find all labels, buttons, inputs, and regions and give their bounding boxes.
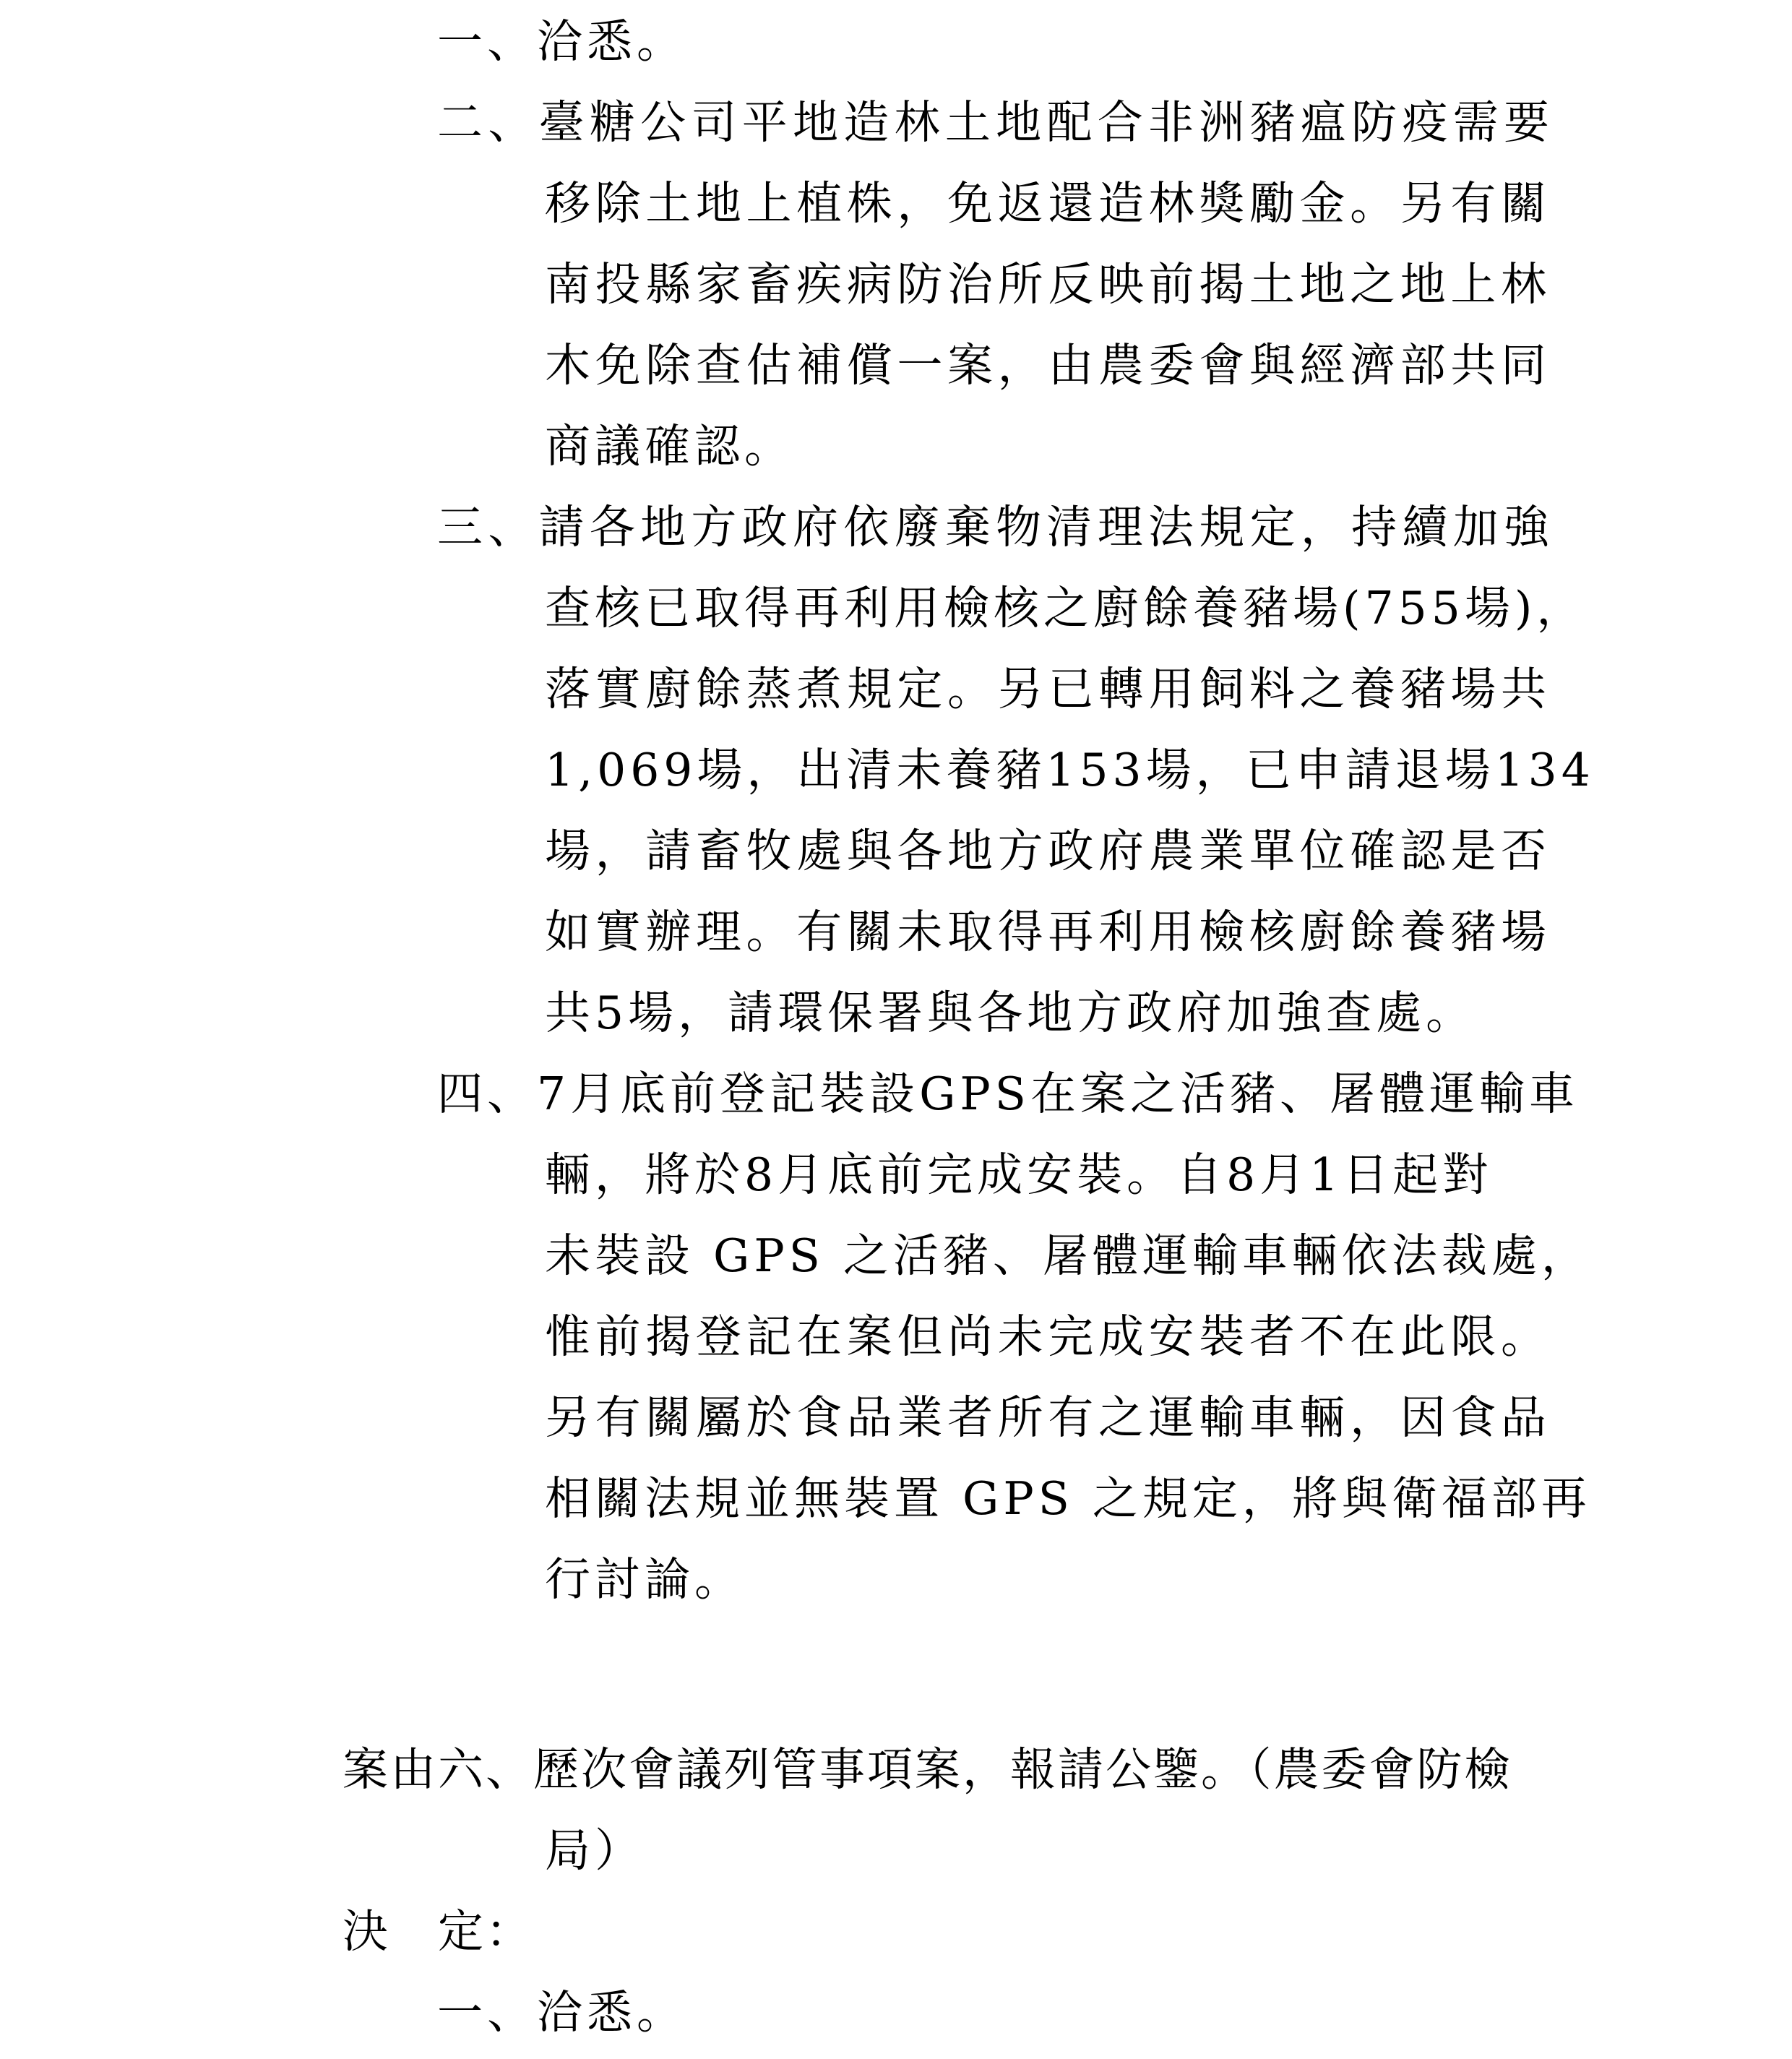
text-line: 一、洽悉。 xyxy=(437,1,1792,82)
text-line: 二、臺糖公司平地造林土地配合非洲豬瘟防疫需要 xyxy=(437,82,1554,163)
text-line: 四、7月底前登記裝設GPS在案之活豬、屠體運輸車 xyxy=(437,1054,1792,1135)
text-line: 行討論。 xyxy=(545,1539,1792,1620)
text-line: 惟前揭登記在案但尚未完成安裝者不在此限。 xyxy=(545,1297,1551,1377)
document-page: 一、洽悉。二、臺糖公司平地造林土地配合非洲豬瘟防疫需要移除土地上植株，免返還造林… xyxy=(0,0,1792,2059)
text-line: 如實辦理。有關未取得再利用檢核廚餘養豬場 xyxy=(545,892,1551,973)
text-line: 1,069場，出清未養豬153場，已申請退場134 xyxy=(545,730,1792,811)
document-content: 一、洽悉。二、臺糖公司平地造林土地配合非洲豬瘟防疫需要移除土地上植株，免返還造林… xyxy=(0,1,1792,2053)
text-line: 移除土地上植株，免返還造林獎勵金。另有關 xyxy=(545,163,1551,244)
text-line: 決 定： xyxy=(343,1891,1792,1972)
text-line: 落實廚餘蒸煮規定。另已轉用飼料之養豬場共 xyxy=(545,649,1551,730)
text-line: 商議確認。 xyxy=(545,406,1792,487)
text-line: 南投縣家畜疾病防治所反映前揭土地之地上林 xyxy=(545,244,1551,325)
text-line: 未裝設 GPS 之活豬、屠體運輸車輛依法裁處， xyxy=(545,1216,1792,1297)
text-line: 案由六、歷次會議列管事項案，報請公鑒。（農委會防檢 xyxy=(343,1729,1792,1810)
text-line: 場，請畜牧處與各地方政府農業單位確認是否 xyxy=(545,811,1551,892)
text-line: 輛，將於8月底前完成安裝。自8月1日起對 xyxy=(545,1135,1792,1216)
text-line: 共5場，請環保署與各地方政府加強查處。 xyxy=(545,973,1792,1054)
text-line: 查核已取得再利用檢核之廚餘養豬場(755場)， xyxy=(545,568,1792,649)
text-line: 一、洽悉。 xyxy=(437,1972,1792,2053)
text-line: 相關法規並無裝置 GPS 之規定，將與衛福部再 xyxy=(545,1458,1792,1539)
text-line: 局） xyxy=(545,1810,1792,1891)
text-line: 木免除查估補償一案，由農委會與經濟部共同 xyxy=(545,325,1551,406)
text-line: 三、請各地方政府依廢棄物清理法規定，持續加強 xyxy=(437,487,1554,568)
text-line: 另有關屬於食品業者所有之運輸車輛，因食品 xyxy=(545,1377,1551,1458)
